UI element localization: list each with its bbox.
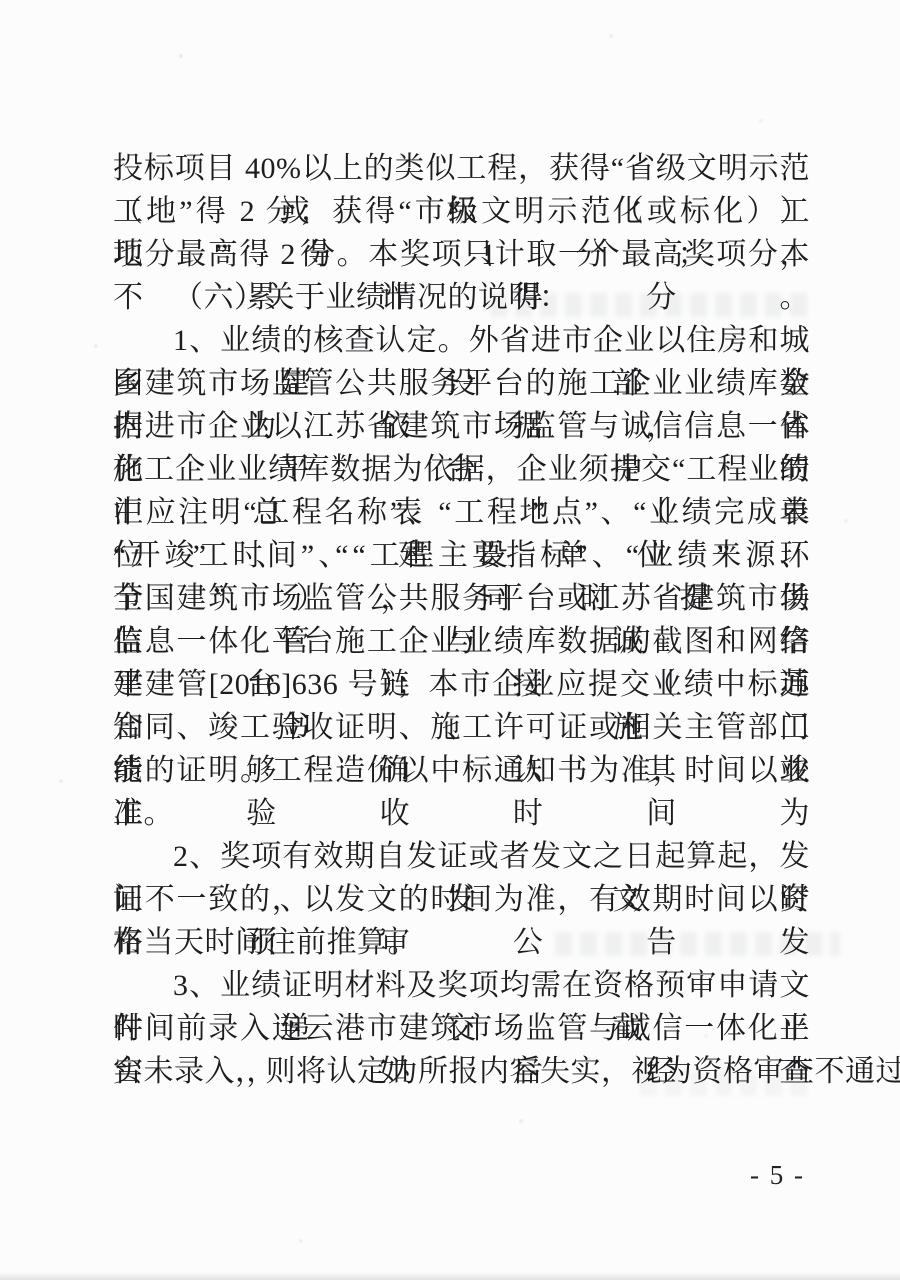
text-line: 内进市企业以江苏省建筑市场监管与诚信信息一体化平台中的 <box>113 405 810 448</box>
text-line: 间不一致的，以发文的时间为准，有效期时间以资格预审公告发 <box>113 878 810 921</box>
text-line: 中应注明“工程名称”、“工程地点”、“业绩完成单位”、“建设单位”、 <box>113 491 810 534</box>
text-line: 2、奖项有效期自发证或者发文之日起算起，发证、发文时 <box>113 835 810 878</box>
text-line: 国建筑市场监管公共服务平台的施工企业业绩库数据为依据，省 <box>113 362 810 405</box>
scanned-document-page: 投标项目 40%以上的类似工程，获得“省级文明示范（或标化） 工地”得 2 分；… <box>0 0 900 1280</box>
text-line: “开竣工时间”、“工程主要指标”、“业绩来源环节”），同时提供 <box>113 534 810 577</box>
text-line: 1、业绩的核查认定。外省进市企业以住房和城乡建设部全 <box>113 319 810 362</box>
text-line: 工地”得 2 分；获得“市级文明示范（或标化）工地”得 1 分；本 <box>113 190 810 233</box>
body-text: 投标项目 40%以上的类似工程，获得“省级文明示范（或标化） 工地”得 2 分；… <box>113 147 810 1093</box>
text-line: 全国建筑市场监管公共服务平台或江苏省建筑市场监管与诚信 <box>113 577 810 620</box>
text-line: 合同、竣工验收证明、施工许可证或相关主管部门能够确认其业 <box>113 706 810 749</box>
text-line: 项分最高得 2 分。本奖项只计取一个最高奖项分，不累计得分。 <box>113 233 810 276</box>
text-line: 3、业绩证明材料及奖项均需在资格预审申请文件递交截止 <box>113 964 810 1007</box>
text-line: 绩的证明。工程造价以中标通知书为准，时间以竣工验收时间为 <box>113 749 810 792</box>
text-line: 建建管[2016]636 号）；本市企业应提交业绩中标通知书、施工 <box>113 663 810 706</box>
text-line: 实未录入，则将认定为所报内容失实，视为资格审查不通过。 <box>113 1050 810 1093</box>
text-line: 投标项目 40%以上的类似工程，获得“省级文明示范（或标化） <box>113 147 810 190</box>
scan-noise <box>0 0 2 2</box>
text-line: 信息一体化平台施工企业业绩库数据的截图和网络平台链接（苏 <box>113 620 810 663</box>
text-line: 施工企业业绩库数据为依据，企业须提交“工程业绩汇总表”（表 <box>113 448 810 491</box>
scan-edge-shadow <box>0 1272 900 1280</box>
text-line: 时间前录入连云港市建筑市场监管与诚信一体化平台，如后经查 <box>113 1007 810 1050</box>
page-number: - 5 - <box>750 1160 805 1191</box>
